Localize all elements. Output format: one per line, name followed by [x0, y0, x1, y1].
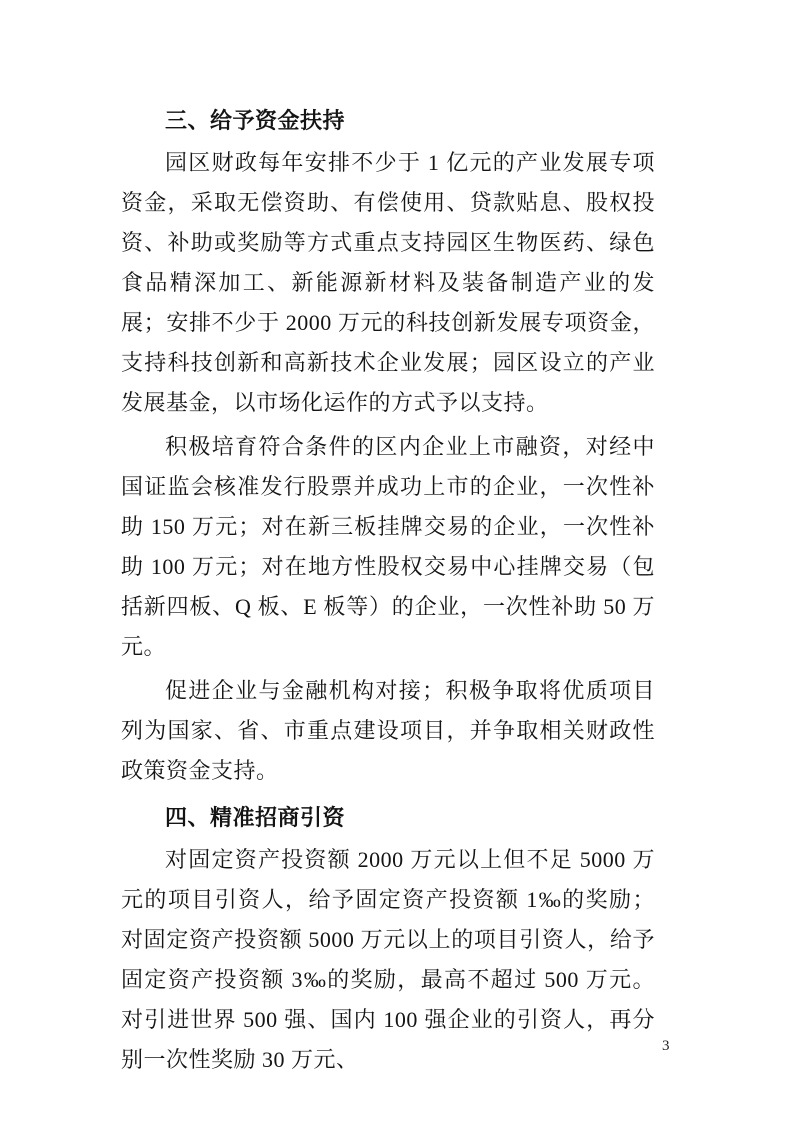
- document-page: 三、给予资金扶持 园区财政每年安排不少于 1 亿元的产业发展专项资金，采取无偿资…: [0, 0, 793, 1122]
- document-content: 三、给予资金扶持 园区财政每年安排不少于 1 亿元的产业发展专项资金，采取无偿资…: [121, 101, 655, 1080]
- paragraph-financial-docking: 促进企业与金融机构对接；积极争取将优质项目列为国家、省、市重点建设项目，并争取相…: [121, 671, 655, 791]
- paragraph-investment-rewards: 对固定资产投资额 2000 万元以上但不足 5000 万元的项目引资人，给予固定…: [121, 840, 655, 1080]
- section-heading-investment-attraction: 四、精准招商引资: [121, 798, 655, 838]
- paragraph-special-funds: 园区财政每年安排不少于 1 亿元的产业发展专项资金，采取无偿资助、有偿使用、贷款…: [121, 143, 655, 423]
- page-number: 3: [662, 1036, 670, 1056]
- section-heading-funding-support: 三、给予资金扶持: [121, 101, 655, 141]
- paragraph-listing-subsidies: 积极培育符合条件的区内企业上市融资，对经中国证监会核准发行股票并成功上市的企业，…: [121, 427, 655, 667]
